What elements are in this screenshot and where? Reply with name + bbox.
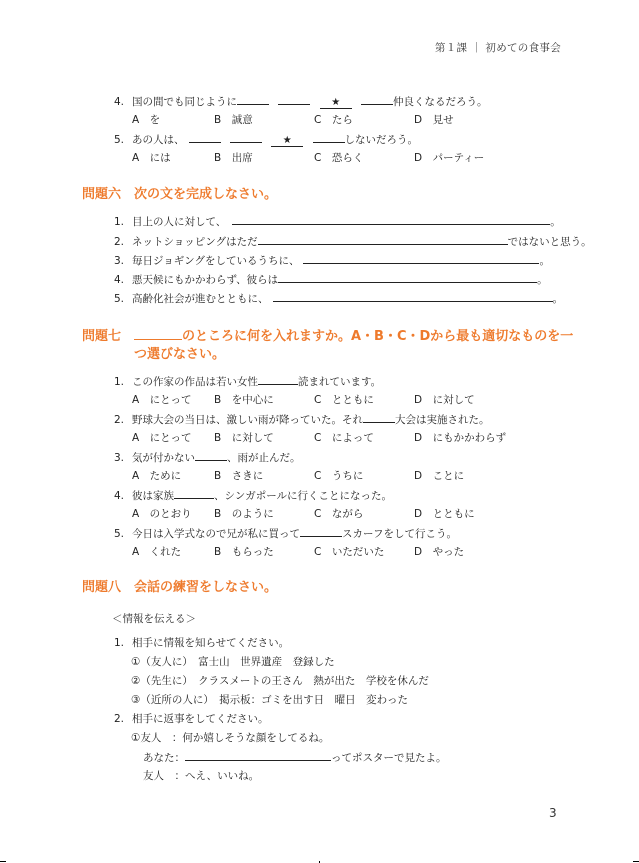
- option-c[interactable]: C とともに: [314, 393, 374, 407]
- dialogue-line-3: 友人 ：へえ、いいね。: [143, 769, 259, 783]
- question-5-4: 4.国の間でも同じように ★ 仲良くなるだろう。: [114, 94, 488, 109]
- option-c[interactable]: C 恐らく: [314, 151, 363, 165]
- section-6-title: 問題六次の文を完成しなさい。: [82, 186, 277, 204]
- star-icon: ★: [283, 135, 292, 146]
- question-7-2: 2.野球大会の当日は、激しい雨が降っていた。それ大会は実施された。: [114, 412, 490, 427]
- task-1-item-2: ②（先生に） クラスメートの王さん 熱が出た 学校を休んだ: [131, 674, 429, 688]
- answer-blank[interactable]: [313, 132, 345, 143]
- question-7-3: 3.気が付かない、雨が止んだ。: [114, 450, 301, 465]
- question-7-4: 4.彼は家族、シンガポールに行くことになった。: [114, 488, 392, 503]
- speaker-label: ①友人 ：: [131, 732, 182, 744]
- speaker-label: 友人 ：: [143, 770, 185, 782]
- option-b[interactable]: B 誠意: [214, 113, 253, 127]
- section-7-title-cont: つ選びなさい。: [134, 346, 225, 364]
- question-5-5: 5.あの人は、 ★ しないだろう。: [114, 132, 418, 147]
- answer-line[interactable]: [185, 750, 331, 761]
- option-b[interactable]: B に対して: [214, 431, 274, 445]
- subheading: ＜情報を伝える＞: [112, 612, 196, 626]
- answer-line[interactable]: [232, 214, 550, 225]
- option-d[interactable]: D に対して: [414, 393, 475, 407]
- question-7-1: 1.この作家の作品は若い女性読まれています。: [114, 374, 381, 389]
- page-number: 3: [549, 806, 557, 820]
- option-b[interactable]: B さきに: [214, 469, 263, 483]
- answer-blank[interactable]: [230, 132, 262, 143]
- answer-blank[interactable]: [361, 94, 393, 105]
- question-6-1: 1.目上の人に対して、。: [114, 214, 561, 229]
- option-c[interactable]: C によって: [314, 431, 374, 445]
- option-b[interactable]: B のように: [214, 507, 274, 521]
- task-1-item-3: ③（近所の人に） 掲示板：ゴミを出す日 曜日 変わった: [131, 693, 408, 707]
- option-c[interactable]: C いただいた: [314, 545, 384, 559]
- option-d[interactable]: D とともに: [414, 507, 475, 521]
- star-blank[interactable]: ★: [271, 136, 303, 147]
- option-c[interactable]: C たら: [314, 113, 353, 127]
- option-d[interactable]: D ことに: [414, 469, 464, 483]
- question-6-5: 5.高齢化社会が進むとともに、。: [114, 291, 563, 306]
- option-c[interactable]: C うちに: [314, 469, 363, 483]
- option-b[interactable]: B 出席: [214, 151, 253, 165]
- task-2-instruction: 2.相手に返事をしてください。: [114, 712, 269, 726]
- option-a[interactable]: A には: [132, 151, 171, 165]
- option-a[interactable]: A のとおり: [132, 507, 192, 521]
- question-7-5: 5.今日は入学式なので兄が私に買ってスカーフをして行こう。: [114, 526, 457, 541]
- crop-mark: [0, 861, 6, 862]
- question-6-4: 4.悪天候にもかかわらず、彼らは。: [114, 272, 548, 287]
- option-b[interactable]: B もらった: [214, 545, 274, 559]
- task-1-item-1: ①（友人に） 富士山 世界遺産 登録した: [131, 655, 335, 669]
- answer-blank[interactable]: [195, 450, 227, 461]
- task-1-instruction: 1.相手に情報を知らせてください。: [114, 636, 289, 650]
- chapter-header: 第１課 ｜ 初めての食事会: [435, 40, 561, 55]
- speaker-label: あなた：: [143, 752, 185, 764]
- answer-line[interactable]: [273, 291, 553, 302]
- answer-line[interactable]: [278, 272, 537, 283]
- option-d[interactable]: D 見せ: [414, 113, 454, 127]
- dialogue-line-2: あなた：ってポスターで見たよ。: [143, 750, 447, 765]
- crop-mark: [633, 861, 639, 862]
- answer-blank[interactable]: [237, 94, 269, 105]
- option-a[interactable]: A にとって: [132, 393, 191, 407]
- section-8-title: 問題八会話の練習をしなさい。: [82, 579, 277, 597]
- star-icon: ★: [331, 97, 340, 108]
- option-a[interactable]: A ために: [132, 469, 181, 483]
- section-7-title: 問題七のところに何を入れますか。A・B・C・Dから最も適切なものを一: [82, 327, 573, 346]
- answer-line[interactable]: [303, 253, 539, 264]
- answer-line[interactable]: [258, 234, 508, 245]
- dialogue-line-1: ①友人 ：何か嬉しそうな顔をしてるね。: [131, 731, 329, 745]
- question-6-3: 3.毎日ジョギングをしているうちに、。: [114, 253, 550, 268]
- option-d[interactable]: D パーティー: [414, 151, 484, 165]
- answer-blank[interactable]: [363, 412, 395, 423]
- question-6-2: 2.ネットショッピングはただではないと思う。: [114, 234, 592, 249]
- answer-blank[interactable]: [189, 132, 221, 143]
- option-a[interactable]: A にとって: [132, 431, 191, 445]
- option-c[interactable]: C ながら: [314, 507, 363, 521]
- star-blank[interactable]: ★: [320, 98, 352, 109]
- option-d[interactable]: D やった: [414, 545, 464, 559]
- option-a[interactable]: A くれた: [132, 545, 181, 559]
- answer-blank[interactable]: [278, 94, 310, 105]
- answer-blank[interactable]: [300, 526, 342, 537]
- title-blank: [134, 327, 182, 340]
- answer-blank[interactable]: [258, 374, 298, 385]
- option-b[interactable]: B を中心に: [214, 393, 274, 407]
- answer-blank[interactable]: [174, 488, 214, 499]
- option-d[interactable]: D にもかかわらず: [414, 431, 506, 445]
- option-a[interactable]: A を: [132, 113, 160, 127]
